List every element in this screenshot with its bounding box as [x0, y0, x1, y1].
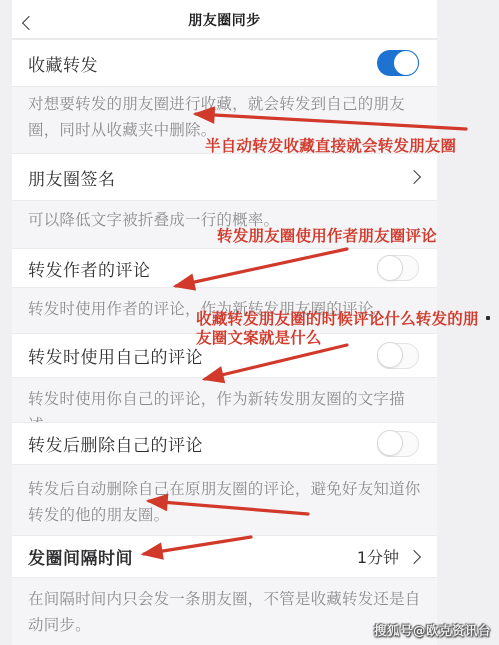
- chevron-right-icon: [407, 170, 421, 184]
- toggle-author-comment[interactable]: [377, 255, 419, 281]
- row-label-own-comment: 转发时使用自己的评论: [28, 343, 203, 368]
- toggle-delete-own-comment[interactable]: [377, 431, 419, 457]
- description-delete-own-comment: 转发后自动删除自己在原朋友圈的评论，避免好友知道你转发的他的朋友圈。: [12, 465, 437, 535]
- settings-row-moments-signature[interactable]: 朋友圈签名: [12, 153, 437, 201]
- row-label-post-interval: 发圈间隔时间: [28, 544, 133, 569]
- toggle-knob: [377, 255, 403, 281]
- stray-dot: [486, 316, 490, 320]
- settings-row-post-interval[interactable]: 发圈间隔时间 1分钟: [12, 535, 437, 578]
- post-interval-value: 1分钟: [357, 545, 399, 568]
- row-label-favorite-forward: 收藏转发: [28, 51, 98, 76]
- toggle-favorite-forward[interactable]: [377, 50, 419, 76]
- annotation-note-own-comment: 收藏转发朋友圈的时候评论什么转发的朋友圈文案就是什么: [196, 310, 480, 348]
- settings-row-delete-own-comment[interactable]: 转发后删除自己的评论: [12, 422, 437, 465]
- row-label-delete-own-comment: 转发后删除自己的评论: [28, 431, 203, 456]
- page-title: 朋友圈同步: [12, 0, 437, 39]
- chevron-right-icon: [407, 549, 421, 563]
- header-bar: 朋友圈同步: [12, 0, 437, 39]
- annotation-note-favorite-forward: 半自动转发收藏直接就会转发朋友圈: [205, 137, 456, 156]
- watermark-text: 搜狐号@欧克资讯台: [374, 621, 491, 639]
- moments-sync-settings-screen: 朋友圈同步 收藏转发 对想要转发的朋友圈进行收藏，就会转发到自己的朋友圈，同时从…: [0, 0, 499, 645]
- settings-row-favorite-forward[interactable]: 收藏转发: [12, 39, 437, 87]
- toggle-knob: [393, 50, 419, 76]
- settings-row-author-comment[interactable]: 转发作者的评论: [12, 248, 437, 288]
- annotation-note-author-comment: 转发朋友圈使用作者朋友圈评论: [217, 227, 437, 246]
- toggle-knob: [377, 430, 403, 456]
- row-label-moments-signature: 朋友圈签名: [28, 165, 116, 190]
- description-own-comment: 转发时使用你自己的评论，作为新转发朋友圈的文字描述。: [12, 378, 437, 422]
- row-label-author-comment: 转发作者的评论: [28, 256, 151, 281]
